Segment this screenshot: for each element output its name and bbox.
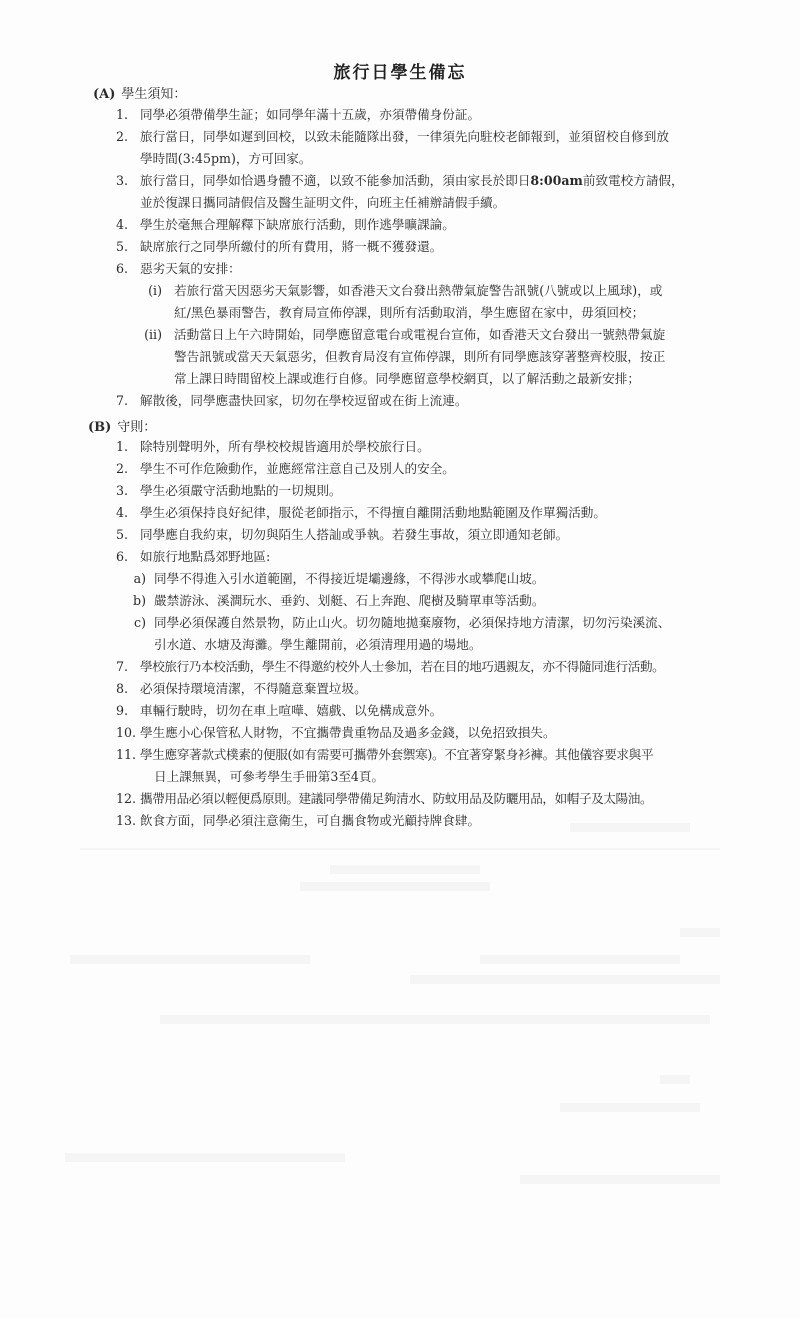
document-title: 旅行日學生備忘 xyxy=(0,58,800,83)
bleed-through-mark xyxy=(330,865,480,874)
deadline-time: 8:00am xyxy=(530,173,582,188)
section-b-title: 守則： xyxy=(117,420,156,435)
bleed-through-mark xyxy=(160,1015,710,1024)
section-a-title: 學生須知： xyxy=(121,87,186,102)
bleed-through-mark xyxy=(570,823,690,832)
bleed-through-line xyxy=(80,848,720,850)
section-a-label: (A) xyxy=(93,87,115,102)
bleed-through-mark xyxy=(480,955,680,964)
section-b-heading: (B)守則： xyxy=(88,416,156,435)
bleed-through-mark xyxy=(410,975,720,984)
bleed-through-mark xyxy=(520,1175,720,1184)
bleed-through-mark xyxy=(70,955,310,964)
section-b-label: (B) xyxy=(88,420,111,435)
bleed-through-mark xyxy=(680,928,720,937)
bleed-through-mark xyxy=(65,1153,345,1162)
section-a-heading: (A)學生須知： xyxy=(93,83,186,102)
bleed-through-mark xyxy=(300,882,490,891)
scanned-page: 旅行日學生備忘 (A)學生須知： 1. 同學必須帶備學生証；如同學年滿十五歲，亦… xyxy=(0,0,800,1319)
bleed-through-mark xyxy=(560,1103,700,1112)
bleed-through-mark xyxy=(660,1075,690,1084)
